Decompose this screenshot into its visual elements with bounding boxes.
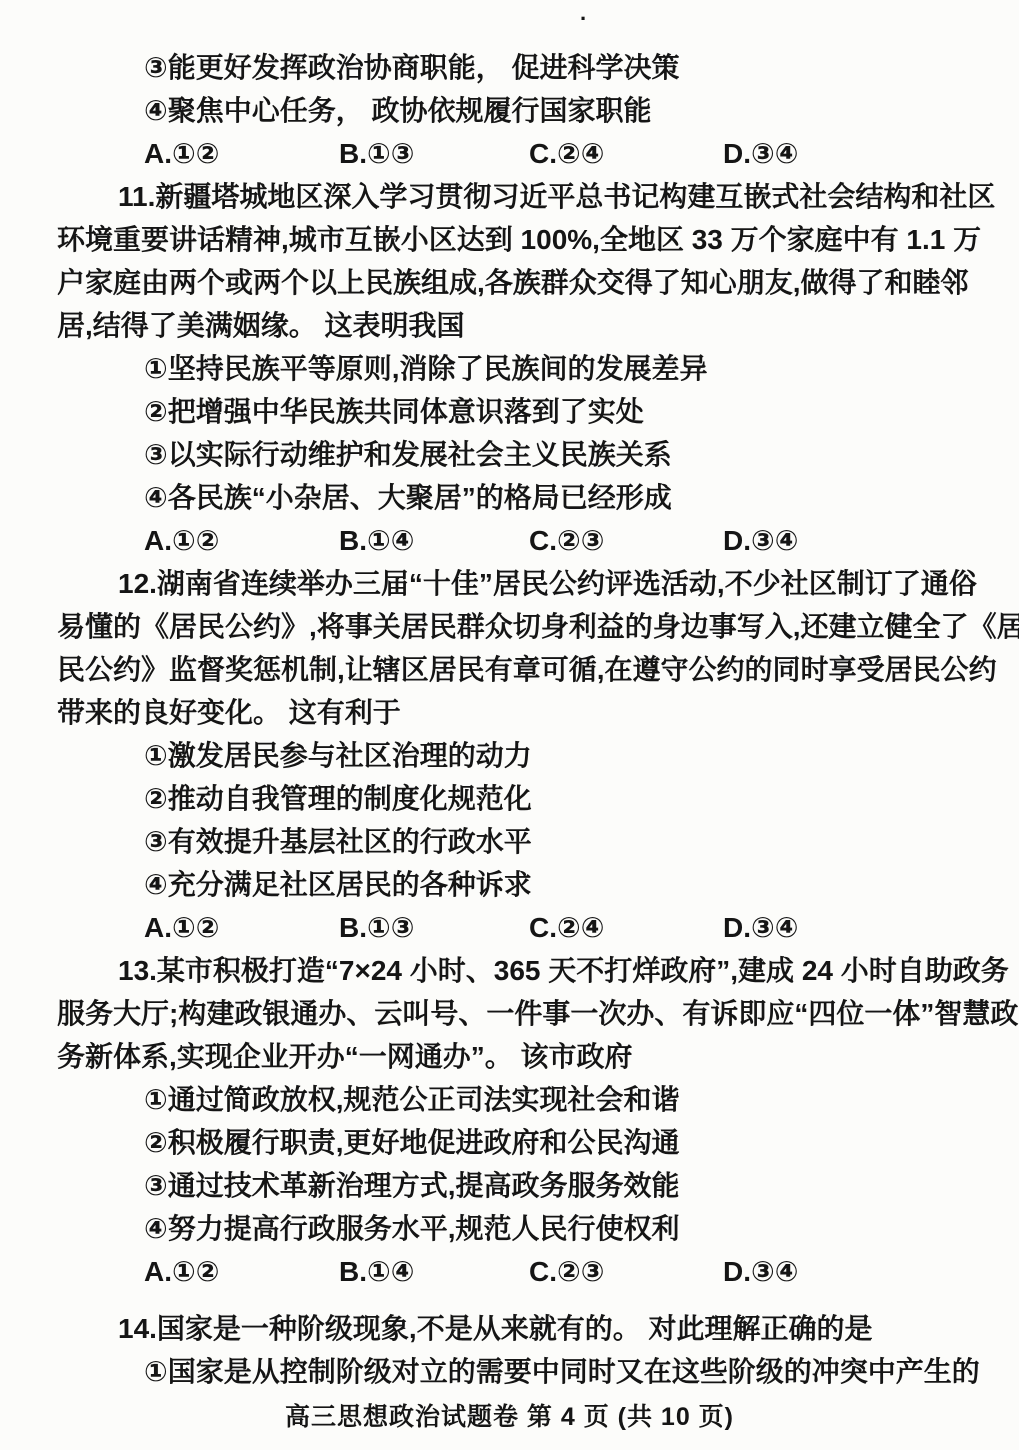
stem-line: 务新体系,实现企业开办“一网通办”。 该市政府 — [0, 1035, 1019, 1078]
choice-a: A.①② — [144, 132, 339, 175]
answer-choices-q11: A.①② B.①④ C.②③ D.③④ — [0, 519, 1019, 562]
stem-line: 12.湖南省连续举办三届“十佳”居民公约评选活动,不少社区制订了通俗 — [0, 562, 1019, 605]
choice-d: D.③④ — [723, 132, 798, 175]
statement-1: ①通过简政放权,规范公正司法实现社会和谐 — [0, 1078, 1019, 1121]
statement-3: ③有效提升基层社区的行政水平 — [0, 820, 1019, 863]
choice-d: D.③④ — [723, 906, 798, 949]
page-footer: 高三思想政治试题卷 第 4 页 (共 10 页) — [0, 1396, 1019, 1439]
stem-line: 居,结得了美满姻缘。 这表明我国 — [0, 304, 1019, 347]
choice-d: D.③④ — [723, 1250, 798, 1293]
question-12: 12.湖南省连续举办三届“十佳”居民公约评选活动,不少社区制订了通俗 易懂的《居… — [0, 562, 1019, 949]
statement-4: ④努力提高行政服务水平,规范人民行使权利 — [0, 1207, 1019, 1250]
choice-c: C.②④ — [529, 906, 723, 949]
choice-c: C.②③ — [529, 1250, 723, 1293]
stem-line: 户家庭由两个或两个以上民族组成,各族群众交得了知心朋友,做得了和睦邻 — [0, 261, 1019, 304]
scan-artifact-dot: . — [580, 0, 586, 26]
stem-line: 13.某市积极打造“7×24 小时、365 天不打烊政府”,建成 24 小时自助… — [0, 949, 1019, 992]
choice-a: A.①② — [144, 1250, 339, 1293]
statement-2: ②推动自我管理的制度化规范化 — [0, 777, 1019, 820]
statement-2: ②把增强中华民族共同体意识落到了实处 — [0, 390, 1019, 433]
stem-line: 服务大厅;构建政银通办、云叫号、一件事一次办、有诉即应“四位一体”智慧政 — [0, 992, 1019, 1035]
statement-4: ④聚焦中心任务， 政协依规履行国家职能 — [0, 89, 1019, 132]
choice-d: D.③④ — [723, 519, 798, 562]
statement-1: ①激发居民参与社区治理的动力 — [0, 734, 1019, 777]
choice-c: C.②④ — [529, 132, 723, 175]
exam-page: . ③能更好发挥政治协商职能， 促进科学决策 ④聚焦中心任务， 政协依规履行国家… — [0, 0, 1019, 1450]
stem-line: 民公约》监督奖惩机制,让辖区居民有章可循,在遵守公约的同时享受居民公约 — [0, 648, 1019, 691]
statement-3: ③通过技术革新治理方式,提高政务服务效能 — [0, 1164, 1019, 1207]
answer-choices-q13: A.①② B.①④ C.②③ D.③④ — [0, 1250, 1019, 1293]
choice-a: A.①② — [144, 519, 339, 562]
statement-1: ①坚持民族平等原则,消除了民族间的发展差异 — [0, 347, 1019, 390]
choice-b: B.①③ — [339, 906, 529, 949]
stem-line: 14.国家是一种阶级现象,不是从来就有的。 对此理解正确的是 — [0, 1307, 1019, 1350]
statement-2: ②积极履行职责,更好地促进政府和公民沟通 — [0, 1121, 1019, 1164]
statement-3: ③能更好发挥政治协商职能， 促进科学决策 — [0, 46, 1019, 89]
statement-1: ①国家是从控制阶级对立的需要中同时又在这些阶级的冲突中产生的 — [0, 1350, 1019, 1393]
question-11: 11.新疆塔城地区深入学习贯彻习近平总书记构建互嵌式社会结构和社区 环境重要讲话… — [0, 175, 1019, 562]
statement-3: ③以实际行动维护和发展社会主义民族关系 — [0, 433, 1019, 476]
choice-a: A.①② — [144, 906, 339, 949]
answer-choices-q10: A.①② B.①③ C.②④ D.③④ — [0, 132, 1019, 175]
stem-line: 易懂的《居民公约》,将事关居民群众切身利益的身边事写入,还建立健全了《居 — [0, 605, 1019, 648]
statement-4: ④充分满足社区居民的各种诉求 — [0, 863, 1019, 906]
answer-choices-q12: A.①② B.①③ C.②④ D.③④ — [0, 906, 1019, 949]
stem-line: 11.新疆塔城地区深入学习贯彻习近平总书记构建互嵌式社会结构和社区 — [0, 175, 1019, 218]
statement-4: ④各民族“小杂居、大聚居”的格局已经形成 — [0, 476, 1019, 519]
stem-line: 带来的良好变化。 这有利于 — [0, 691, 1019, 734]
choice-b: B.①③ — [339, 132, 529, 175]
choice-b: B.①④ — [339, 519, 529, 562]
choice-b: B.①④ — [339, 1250, 529, 1293]
question-14: 14.国家是一种阶级现象,不是从来就有的。 对此理解正确的是 ①国家是从控制阶级… — [0, 1307, 1019, 1393]
question-13: 13.某市积极打造“7×24 小时、365 天不打烊政府”,建成 24 小时自助… — [0, 949, 1019, 1293]
choice-c: C.②③ — [529, 519, 723, 562]
stem-line: 环境重要讲话精神,城市互嵌小区达到 100%,全地区 33 万个家庭中有 1.1… — [0, 218, 1019, 261]
question-10-tail: ③能更好发挥政治协商职能， 促进科学决策 ④聚焦中心任务， 政协依规履行国家职能… — [0, 46, 1019, 175]
